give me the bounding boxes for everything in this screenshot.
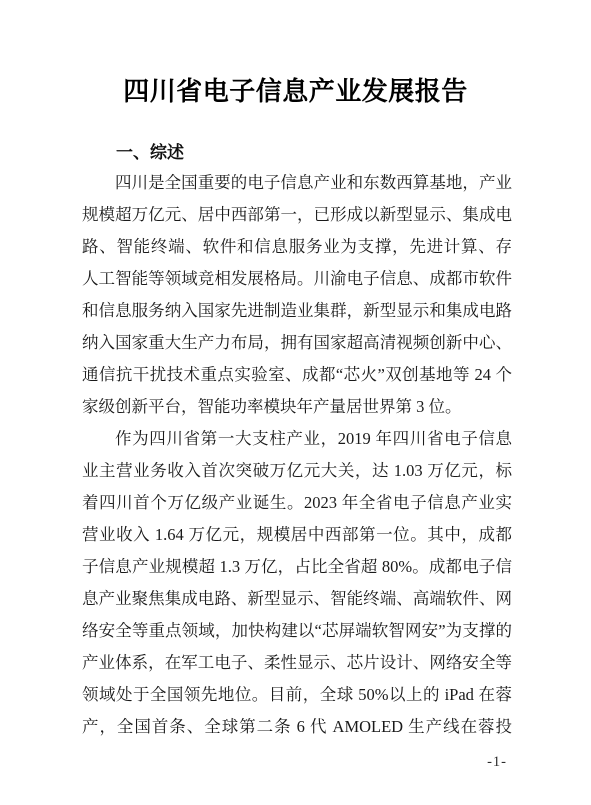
- paragraph: 作为四川省第一大支柱产业，2019 年四川省电子信息产业主营业务收入首次突破万亿…: [82, 423, 512, 743]
- text-line: 领域处于全国领先地位。目前，全球 50%以上的 iPad 在蓉生: [82, 679, 512, 711]
- document-page: 四川省电子信息产业发展报告 一、综述 四川是全国重要的电子信息产业和东数西算基地…: [0, 0, 591, 805]
- paragraph: 四川是全国重要的电子信息产业和东数西算基地，产业规模超万亿元、居中西部第一，已形…: [82, 167, 512, 423]
- section-heading: 一、综述: [116, 141, 184, 165]
- text-line: 纳入国家重大生产力布局，拥有国家超高清视频创新中心、: [82, 327, 512, 359]
- text-line: 子信息产业规模超 1.3 万亿，占比全省超 80%。成都电子信: [82, 551, 512, 583]
- text-line: 着四川首个万亿级产业诞生。2023 年全省电子信息产业实现: [82, 487, 512, 519]
- text-line: 产，全国首条、全球第二条 6 代 AMOLED 生产线在蓉投产，: [82, 711, 512, 743]
- text-line: 家级创新平台，智能功率模块年产量居世界第 3 位。: [82, 391, 512, 423]
- text-line: 规模超万亿元、居中西部第一，已形成以新型显示、集成电: [82, 199, 512, 231]
- text-line: 络安全等重点领域，加快构建以“芯屏端软智网安”为支撑的: [82, 615, 512, 647]
- text-line: 产业体系，在军工电子、柔性显示、芯片设计、网络安全等: [82, 647, 512, 679]
- text-line: 营业收入 1.64 万亿元，规模居中西部第一位。其中，成都电: [82, 519, 512, 551]
- page-number: -1-: [487, 752, 507, 772]
- text-line: 人工智能等领域竞相发展格局。川渝电子信息、成都市软件: [82, 263, 512, 295]
- text-line: 业主营业务收入首次突破万亿元大关，达 1.03 万亿元，标志: [82, 455, 512, 487]
- text-line: 四川是全国重要的电子信息产业和东数西算基地，产业: [82, 167, 512, 199]
- text-line: 路、智能终端、软件和信息服务业为支撑，先进计算、存储、: [82, 231, 512, 263]
- document-title: 四川省电子信息产业发展报告: [0, 72, 591, 110]
- text-line: 和信息服务纳入国家先进制造业集群，新型显示和集成电路: [82, 295, 512, 327]
- text-line: 息产业聚焦集成电路、新型显示、智能终端、高端软件、网: [82, 583, 512, 615]
- text-line: 作为四川省第一大支柱产业，2019 年四川省电子信息产: [82, 423, 512, 455]
- document-body: 四川是全国重要的电子信息产业和东数西算基地，产业规模超万亿元、居中西部第一，已形…: [82, 167, 512, 743]
- text-line: 通信抗干扰技术重点实验室、成都“芯火”双创基地等 24 个国: [82, 359, 512, 391]
